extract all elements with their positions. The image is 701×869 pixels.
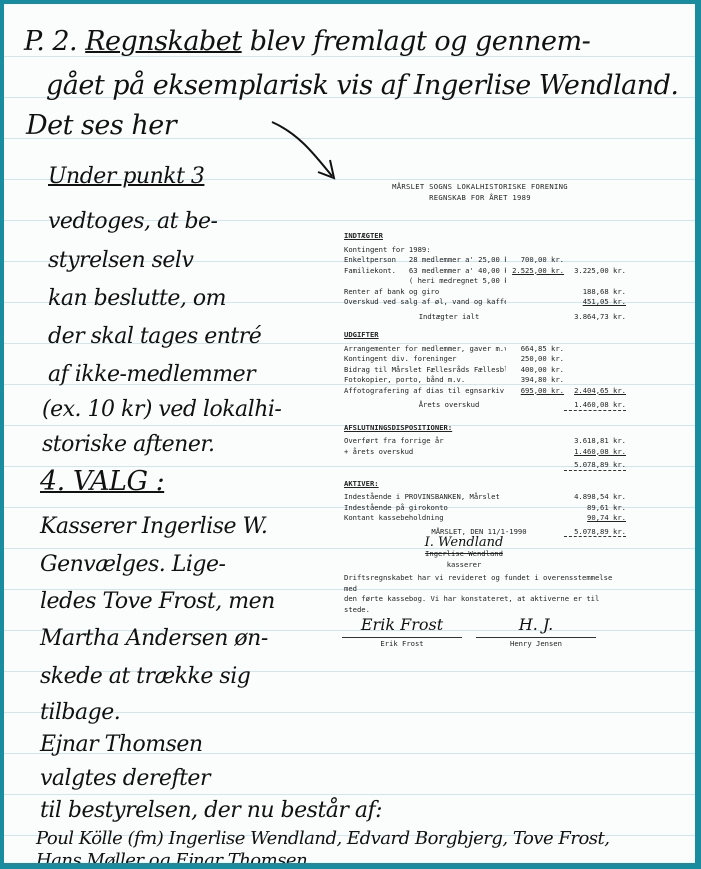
asset-row-label: Indestående på girokonto (344, 503, 564, 514)
expense-row: Arrangementer for medlemmer, gaver m.v.6… (334, 344, 626, 355)
handwritten-line-2: gået på eksemplarisk vis af Ingerlise We… (46, 70, 679, 101)
disposition-total-row: 5.078,89 kr. (334, 460, 626, 471)
expense-row-amount: 400,00 kr. (506, 365, 564, 376)
item4-line: tilbage. (40, 700, 120, 725)
item4-line: til bestyrelsen, der nu består af: (40, 798, 382, 823)
income-row-amount (506, 297, 564, 308)
income-row: ( heri medregnet 5,00 kr. fra "ven") (334, 276, 626, 287)
item4-heading: 4. VALG : (40, 466, 164, 497)
disposition-row: + årets overskud1.460,08 kr. (334, 447, 626, 458)
income-row-amount: 2.525,00 kr. (506, 266, 564, 277)
income-rows: Enkeltperson 28 medlemmer a' 25,00 kr.70… (334, 255, 626, 308)
expense-row-label: Arrangementer for medlemmer, gaver m.v. (344, 344, 506, 355)
item3-line: der skal tages entré (48, 324, 261, 349)
expense-row-label: Kontingent div. foreninger (344, 354, 506, 365)
disposition-heading: AFSLUTNINGSDISPOSITIONER: (344, 423, 626, 434)
income-subheading-row: Kontingent for 1989: (334, 245, 626, 256)
disposition-row-label: Overført fra forrige år (344, 436, 564, 447)
expenses-total-row: Årets overskud 1.460,08 kr. (334, 400, 626, 411)
item4-line: Ejnar Thomsen (40, 732, 203, 757)
expense-row-label: Fotokopier, porto, bånd m.v. (344, 375, 506, 386)
disposition-row: Overført fra forrige år3.618,81 kr. (334, 436, 626, 447)
item4-line: Poul Kölle (fm) Ingerlise Wendland, Edva… (36, 828, 609, 849)
disposition-row-label: + årets overskud (344, 447, 564, 458)
auditor-2-signature: H. J. (476, 620, 596, 631)
income-row-amount (506, 276, 564, 287)
expense-row-subtotal (564, 344, 626, 355)
item4-line: Genvælges. Lige- (40, 552, 225, 577)
expense-rows: Arrangementer for medlemmer, gaver m.v.6… (334, 344, 626, 397)
asset-row-label: Indestående i PROVINSBANKEN, Mårslet (344, 492, 564, 503)
item3-line: (ex. 10 kr) ved lokalhi- (42, 397, 281, 422)
heading-regnskabet: Regnskabet (85, 26, 241, 57)
item3-line: styrelsen selv (48, 248, 193, 273)
item4-line: Hans Møller og Ejnar Thomsen. (36, 850, 312, 863)
disposition-rows: Overført fra forrige år3.618,81 kr.+ åre… (334, 436, 626, 457)
asset-row-label: Kontant kassebeholdning (344, 513, 564, 524)
assets-heading: AKTIVER: (344, 479, 626, 490)
disposition-row-subtotal: 3.618,81 kr. (564, 436, 626, 447)
notebook-page: P. 2. Regnskabet blev fremlagt og gennem… (4, 4, 695, 863)
item4-line: skede at trække sig (40, 664, 250, 689)
expense-row-subtotal (564, 354, 626, 365)
statement-title: REGNSKAB FOR ÅRET 1989 (334, 193, 626, 204)
item4-line: valgtes derefter (40, 766, 210, 791)
income-row-subtotal (564, 276, 626, 287)
asset-row-subtotal: 89,61 kr. (564, 503, 626, 514)
income-heading: INDTÆGTER (344, 231, 626, 242)
item-number: P. 2. (24, 26, 77, 57)
expense-row: Affotografering af dias til egnsarkiv695… (334, 386, 626, 397)
assets-total-row: MÅRSLET, DEN 11/1-1990 5.078,89 kr. (334, 527, 626, 538)
item3-heading: Under punkt 3 (48, 164, 204, 189)
expense-row-amount: 394,80 kr. (506, 375, 564, 386)
expense-row-subtotal (564, 365, 626, 376)
place-date: MÅRSLET, DEN 11/1-1990 (334, 527, 564, 538)
asset-row: Indestående på girokonto89,61 kr. (334, 503, 626, 514)
treasurer-role: kasserer (404, 560, 524, 571)
surplus-label: Årets overskud (334, 400, 564, 411)
auditor-2-name: Henry Jensen (510, 639, 562, 648)
item4-line: Martha Andersen øn- (40, 626, 268, 651)
expense-row: Bidrag til Mårslet Fællesråds Fællesblad… (334, 365, 626, 376)
expense-row-amount: 695,00 kr. (506, 386, 564, 397)
income-row-label: Overskud ved salg af øl, vand og kaffe (344, 297, 506, 308)
income-row: Familiekont. 63 medlemmer a' 40,00 kr.2.… (334, 266, 626, 277)
treasurer-block: I. Wendland Ingerlise Wendland kasserer (404, 537, 524, 570)
item3-line: vedtoges, at be- (48, 209, 217, 234)
auditor-signatures: Erik Frost Erik Frost H. J. Henry Jensen (334, 637, 626, 650)
expense-row-label: Bidrag til Mårslet Fællesråds Fællesblad (344, 365, 506, 376)
item4-line: Kasserer Ingerlise W. (40, 514, 267, 539)
asset-rows: Indestående i PROVINSBANKEN, Mårslet4.89… (334, 492, 626, 524)
audit-text-2: den førte kassebog. Vi har konstateret, … (334, 594, 626, 615)
income-row-amount (506, 287, 564, 298)
income-row: Overskud ved salg af øl, vand og kaffe45… (334, 297, 626, 308)
handwritten-line-3: Det ses her (26, 110, 176, 141)
income-row-amount: 700,00 kr. (506, 255, 564, 266)
expense-row-amount: 664,85 kr. (506, 344, 564, 355)
income-row-subtotal (564, 255, 626, 266)
disposition-row-subtotal: 1.460,08 kr. (564, 447, 626, 458)
asset-row: Kontant kassebeholdning90,74 kr. (334, 513, 626, 524)
asset-row-subtotal: 4.898,54 kr. (564, 492, 626, 503)
asset-row: Indestående i PROVINSBANKEN, Mårslet4.89… (334, 492, 626, 503)
income-total-value: 3.864,73 kr. (564, 312, 626, 323)
income-row-label: Enkeltperson 28 medlemmer a' 25,00 kr. (344, 255, 506, 266)
income-row-label: Renter af bank og giro (344, 287, 506, 298)
audit-text-1: Driftsregnskabet har vi revideret og fun… (334, 573, 626, 594)
auditor-1-name: Erik Frost (380, 639, 423, 648)
expense-row-subtotal: 2.404,65 kr. (564, 386, 626, 397)
income-total-row: Indtægter ialt 3.864,73 kr. (334, 312, 626, 323)
surplus-value: 1.460,08 kr. (564, 400, 626, 411)
disposition-total-value: 5.078,89 kr. (564, 460, 626, 471)
expense-row-label: Affotografering af dias til egnsarkiv (344, 386, 506, 397)
asset-row-subtotal: 90,74 kr. (564, 513, 626, 524)
auditor-1: Erik Frost Erik Frost (342, 637, 462, 650)
income-row-label: ( heri medregnet 5,00 kr. fra "ven") (344, 276, 506, 287)
org-name: MÅRSLET SOGNS LOKALHISTORISKE FORENING (334, 182, 626, 193)
assets-total-value: 5.078,89 kr. (564, 527, 626, 538)
item3-line: storiske aftener. (42, 432, 214, 457)
income-row-label: Familiekont. 63 medlemmer a' 40,00 kr. (344, 266, 506, 277)
auditor-1-signature: Erik Frost (342, 620, 462, 631)
income-row-subtotal: 3.225,00 kr. (564, 266, 626, 277)
income-total-label: Indtægter ialt (334, 312, 564, 323)
item3-line: kan beslutte, om (48, 286, 226, 311)
financial-statement: MÅRSLET SOGNS LOKALHISTORISKE FORENING R… (334, 182, 626, 650)
income-row-subtotal: 451,05 kr. (564, 297, 626, 308)
treasurer-name: Ingerlise Wendland (404, 549, 524, 560)
income-row: Renter af bank og giro188,68 kr. (334, 287, 626, 298)
handwritten-text: blev fremlagt og gennem- (250, 26, 591, 57)
expense-row: Fotokopier, porto, bånd m.v.394,80 kr. (334, 375, 626, 386)
auditor-2: H. J. Henry Jensen (476, 637, 596, 650)
arrow-icon (244, 114, 354, 184)
item3-line: af ikke-medlemmer (48, 362, 255, 387)
expense-row-subtotal (564, 375, 626, 386)
handwritten-line-1: P. 2. Regnskabet blev fremlagt og gennem… (24, 26, 590, 57)
income-subheading: Kontingent for 1989: (344, 245, 626, 256)
item4-line: ledes Tove Frost, men (40, 589, 275, 614)
treasurer-signature: I. Wendland (404, 537, 524, 549)
income-row: Enkeltperson 28 medlemmer a' 25,00 kr.70… (334, 255, 626, 266)
income-row-subtotal: 188,68 kr. (564, 287, 626, 298)
expense-row: Kontingent div. foreninger250,00 kr. (334, 354, 626, 365)
expense-row-amount: 250,00 kr. (506, 354, 564, 365)
expenses-heading: UDGIFTER (344, 330, 626, 341)
